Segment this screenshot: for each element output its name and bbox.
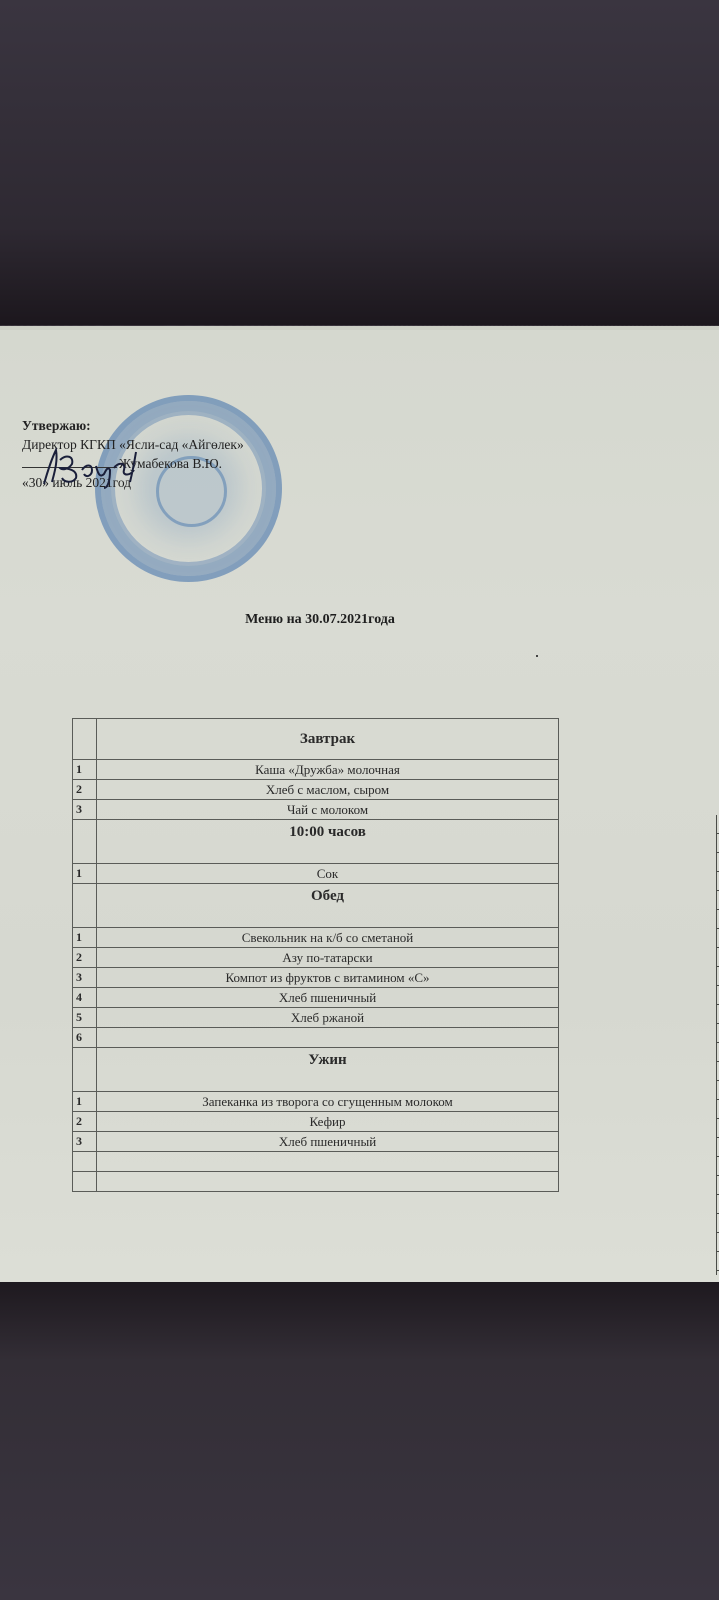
section-heading: 10:00 часов bbox=[97, 820, 559, 864]
item-name: Компот из фруктов с витамином «С» bbox=[97, 968, 559, 988]
item-name: Сок bbox=[97, 864, 559, 884]
menu-item-row: 3Компот из фруктов с витамином «С» bbox=[73, 968, 559, 988]
background-surface-top bbox=[0, 0, 719, 325]
item-name: Свекольник на к/б со сметаной bbox=[97, 928, 559, 948]
section-num-cell bbox=[73, 1048, 97, 1092]
section-num-cell bbox=[73, 719, 97, 760]
item-name: Хлеб пшеничный bbox=[97, 1132, 559, 1152]
item-name: Каша «Дружба» молочная bbox=[97, 760, 559, 780]
menu-item-row: 1Свекольник на к/б со сметаной bbox=[73, 928, 559, 948]
item-number bbox=[73, 1152, 97, 1172]
menu-item-row: 1Запеканка из творога со сгущенным молок… bbox=[73, 1092, 559, 1112]
menu-item-row bbox=[73, 1172, 559, 1192]
menu-item-row bbox=[73, 1152, 559, 1172]
section-header-row: Обед bbox=[73, 884, 559, 928]
item-number: 2 bbox=[73, 1112, 97, 1132]
menu-sheet: Утвержаю: Директор КГКП «Ясли-сад «Айгөл… bbox=[0, 330, 719, 1282]
menu-item-row: 2Хлеб с маслом, сыром bbox=[73, 780, 559, 800]
section-header-row: Завтрак bbox=[73, 719, 559, 760]
menu-item-row: 5Хлеб ржаной bbox=[73, 1008, 559, 1028]
item-number: 3 bbox=[73, 1132, 97, 1152]
menu-item-row: 1Каша «Дружба» молочная bbox=[73, 760, 559, 780]
menu-item-row: 3Чай с молоком bbox=[73, 800, 559, 820]
item-name: Азу по-татарски bbox=[97, 948, 559, 968]
section-heading: Обед bbox=[97, 884, 559, 928]
item-number: 1 bbox=[73, 1092, 97, 1112]
menu-item-row: 6 bbox=[73, 1028, 559, 1048]
item-number: 6 bbox=[73, 1028, 97, 1048]
background-surface-bottom bbox=[0, 1282, 719, 1600]
section-heading: Завтрак bbox=[97, 719, 559, 760]
approval-heading: Утвержаю: bbox=[22, 416, 244, 435]
item-number: 3 bbox=[73, 968, 97, 988]
menu-item-row: 2Азу по-татарски bbox=[73, 948, 559, 968]
handwritten-signature bbox=[38, 440, 158, 490]
item-name: Кефир bbox=[97, 1112, 559, 1132]
item-number: 1 bbox=[73, 760, 97, 780]
item-number: 1 bbox=[73, 928, 97, 948]
item-name bbox=[97, 1152, 559, 1172]
item-name bbox=[97, 1028, 559, 1048]
speck bbox=[536, 655, 538, 657]
section-num-cell bbox=[73, 820, 97, 864]
item-name: Запеканка из творога со сгущенным молоко… bbox=[97, 1092, 559, 1112]
item-number: 4 bbox=[73, 988, 97, 1008]
menu-item-row: 3Хлеб пшеничный bbox=[73, 1132, 559, 1152]
section-header-row: Ужин bbox=[73, 1048, 559, 1092]
page-title: Меню на 30.07.2021года bbox=[0, 612, 640, 628]
item-name bbox=[97, 1172, 559, 1192]
item-name: Хлеб с маслом, сыром bbox=[97, 780, 559, 800]
item-number: 2 bbox=[73, 948, 97, 968]
item-name: Чай с молоком bbox=[97, 800, 559, 820]
section-heading: Ужин bbox=[97, 1048, 559, 1092]
menu-item-row: 4Хлеб пшеничный bbox=[73, 988, 559, 1008]
item-number: 1 bbox=[73, 864, 97, 884]
item-number: 3 bbox=[73, 800, 97, 820]
item-number: 2 bbox=[73, 780, 97, 800]
item-name: Хлеб пшеничный bbox=[97, 988, 559, 1008]
item-number bbox=[73, 1172, 97, 1192]
menu-item-row: 1Сок bbox=[73, 864, 559, 884]
section-num-cell bbox=[73, 884, 97, 928]
item-number: 5 bbox=[73, 1008, 97, 1028]
section-header-row: 10:00 часов bbox=[73, 820, 559, 864]
menu-item-row: 2Кефир bbox=[73, 1112, 559, 1132]
item-name: Хлеб ржаной bbox=[97, 1008, 559, 1028]
menu-table: Завтрак1Каша «Дружба» молочная2Хлеб с ма… bbox=[72, 718, 559, 1192]
